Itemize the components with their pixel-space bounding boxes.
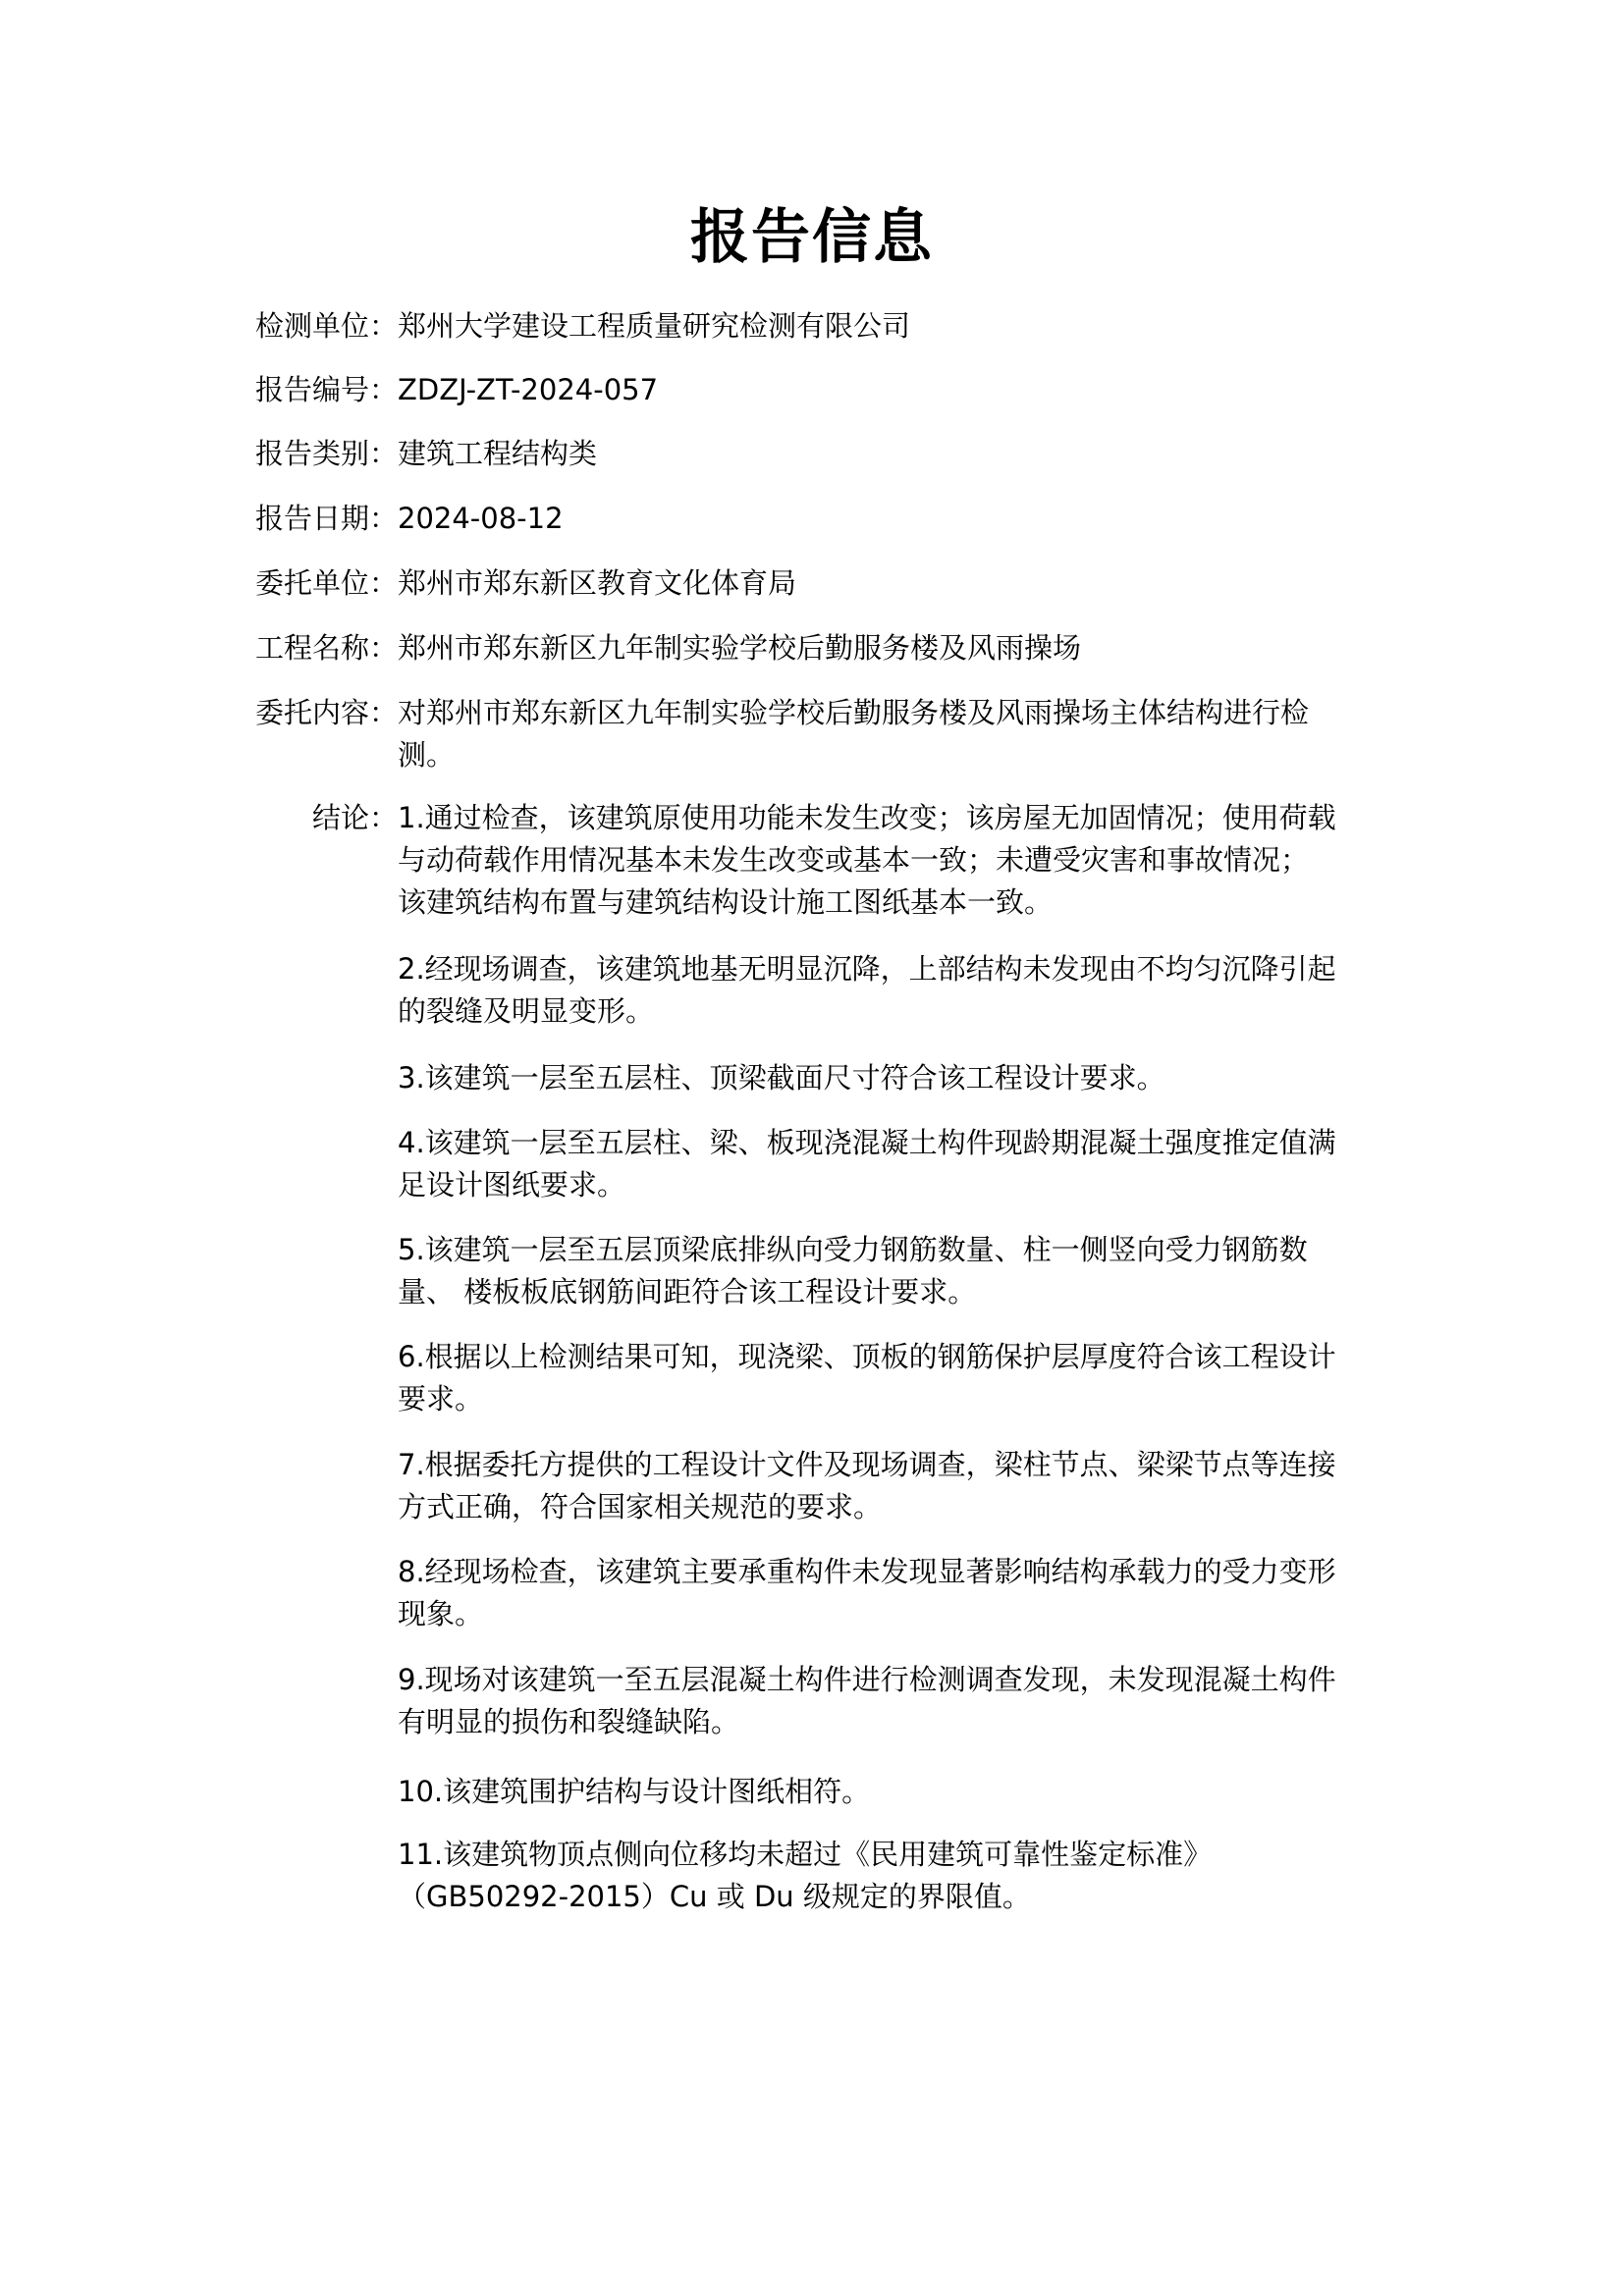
conclusion-line: 2.经现场调查，该建筑地基无明显沉降，上部结构未发现由不均匀沉降引起 (398, 948, 1389, 990)
conclusion-item-4: 4.该建筑一层至五层柱、梁、板现浇混凝土构件现龄期混凝土强度推定值满 足设计图纸… (398, 1122, 1389, 1206)
conclusion-line: 要求。 (398, 1378, 1389, 1420)
conclusion-line: 与动荷载作用情况基本未发生改变或基本一致；未遭受灾害和事故情况； (398, 839, 1389, 881)
field-label: 委托内容： (255, 692, 398, 734)
report-page: 报告信息 检测单位： 郑州大学建设工程质量研究检测有限公司 报告编号： ZDZJ… (0, 0, 1624, 2296)
conclusion-item-3: 3.该建筑一层至五层柱、顶梁截面尺寸符合该工程设计要求。 (398, 1057, 1389, 1099)
field-value-line: 郑州市郑东新区教育文化体育局 (398, 562, 1389, 605)
conclusion-line: 现象。 (398, 1593, 1389, 1635)
conclusion-line: 1.通过检查，该建筑原使用功能未发生改变；该房屋无加固情况；使用荷载 (398, 797, 1389, 839)
field-value-line: 2024-08-12 (398, 498, 1389, 540)
conclusion-line: 6.根据以上检测结果可知，现浇梁、顶板的钢筋保护层厚度符合该工程设计 (398, 1336, 1389, 1378)
conclusion-line: 4.该建筑一层至五层柱、梁、板现浇混凝土构件现龄期混凝土强度推定值满 (398, 1122, 1389, 1164)
conclusion-label: 结论： (312, 797, 398, 839)
conclusion-line: 11.该建筑物顶点侧向位移均未超过《民用建筑可靠性鉴定标准》 (398, 1834, 1389, 1876)
field-value-line: 建筑工程结构类 (398, 433, 1389, 475)
field-label: 工程名称： (255, 627, 398, 669)
conclusion-line: （GB50292-2015）Cu 或 Du 级规定的界限值。 (398, 1876, 1389, 1918)
conclusion-item-2: 2.经现场调查，该建筑地基无明显沉降，上部结构未发现由不均匀沉降引起 的裂缝及明… (398, 948, 1389, 1033)
field-value-line: 对郑州市郑东新区九年制实验学校后勤服务楼及风雨操场主体结构进行检 (398, 692, 1389, 734)
conclusion-line: 方式正确，符合国家相关规范的要求。 (398, 1486, 1389, 1528)
conclusion-line: 有明显的损伤和裂缝缺陷。 (398, 1701, 1389, 1743)
field-value: 郑州市郑东新区教育文化体育局 (398, 562, 1389, 605)
field-value: 对郑州市郑东新区九年制实验学校后勤服务楼及风雨操场主体结构进行检 测。 (398, 692, 1389, 776)
field-label: 报告编号： (255, 369, 398, 411)
field-label: 检测单位： (255, 305, 398, 347)
field-value-line: 郑州大学建设工程质量研究检测有限公司 (398, 305, 1389, 347)
conclusion-line: 3.该建筑一层至五层柱、顶梁截面尺寸符合该工程设计要求。 (398, 1057, 1389, 1099)
field-value: 郑州市郑东新区九年制实验学校后勤服务楼及风雨操场 (398, 627, 1389, 669)
conclusion-item-7: 7.根据委托方提供的工程设计文件及现场调查，梁柱节点、梁梁节点等连接 方式正确，… (398, 1444, 1389, 1528)
conclusion-item-10: 10.该建筑围护结构与设计图纸相符。 (398, 1771, 1389, 1813)
field-value: 建筑工程结构类 (398, 433, 1389, 475)
conclusion-line: 9.现场对该建筑一至五层混凝土构件进行检测调查发现，未发现混凝土构件 (398, 1659, 1389, 1701)
field-value-line: 郑州市郑东新区九年制实验学校后勤服务楼及风雨操场 (398, 627, 1389, 669)
field-value-line: ZDZJ-ZT-2024-057 (398, 369, 1389, 411)
conclusion-line: 7.根据委托方提供的工程设计文件及现场调查，梁柱节点、梁梁节点等连接 (398, 1444, 1389, 1486)
conclusion-item-9: 9.现场对该建筑一至五层混凝土构件进行检测调查发现，未发现混凝土构件 有明显的损… (398, 1659, 1389, 1743)
conclusion-item-6: 6.根据以上检测结果可知，现浇梁、顶板的钢筋保护层厚度符合该工程设计 要求。 (398, 1336, 1389, 1420)
conclusion-line: 8.经现场检查，该建筑主要承重构件未发现显著影响结构承载力的受力变形 (398, 1551, 1389, 1593)
conclusion-line: 量、 楼板板底钢筋间距符合该工程设计要求。 (398, 1271, 1389, 1313)
conclusion-line: 5.该建筑一层至五层顶梁底排纵向受力钢筋数量、柱一侧竖向受力钢筋数 (398, 1229, 1389, 1271)
field-value: 2024-08-12 (398, 498, 1389, 540)
conclusion-line: 10.该建筑围护结构与设计图纸相符。 (398, 1771, 1389, 1813)
conclusion-item-8: 8.经现场检查，该建筑主要承重构件未发现显著影响结构承载力的受力变形 现象。 (398, 1551, 1389, 1635)
field-label: 报告类别： (255, 433, 398, 475)
conclusion-line: 的裂缝及明显变形。 (398, 990, 1389, 1033)
field-value: ZDZJ-ZT-2024-057 (398, 369, 1389, 411)
conclusion-item-11: 11.该建筑物顶点侧向位移均未超过《民用建筑可靠性鉴定标准》 （GB50292-… (398, 1834, 1389, 1918)
field-label: 委托单位： (255, 562, 398, 605)
page-title: 报告信息 (0, 196, 1624, 279)
field-value-line: 测。 (398, 734, 1389, 776)
field-label: 报告日期： (255, 498, 398, 540)
conclusion-line: 该建筑结构布置与建筑结构设计施工图纸基本一致。 (398, 881, 1389, 924)
conclusion-line: 足设计图纸要求。 (398, 1164, 1389, 1206)
field-value: 郑州大学建设工程质量研究检测有限公司 (398, 305, 1389, 347)
conclusion-item-1: 1.通过检查，该建筑原使用功能未发生改变；该房屋无加固情况；使用荷载 与动荷载作… (398, 797, 1389, 924)
conclusion-item-5: 5.该建筑一层至五层顶梁底排纵向受力钢筋数量、柱一侧竖向受力钢筋数 量、 楼板板… (398, 1229, 1389, 1313)
